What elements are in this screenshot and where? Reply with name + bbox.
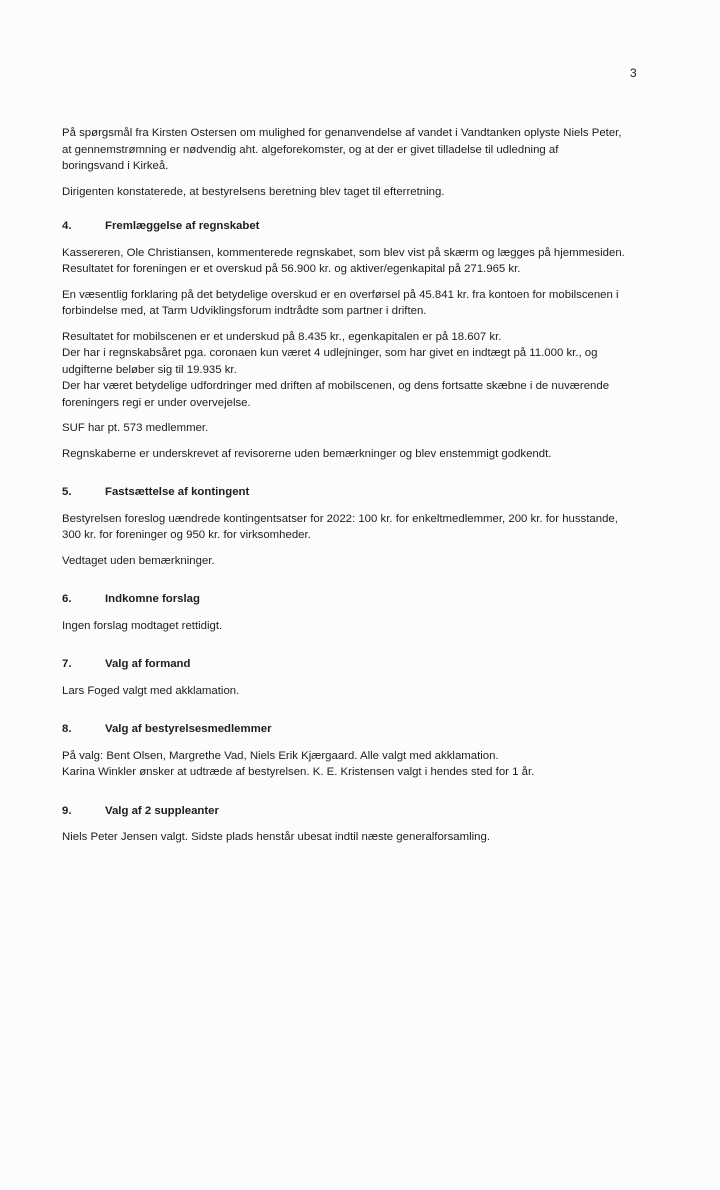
text-line: Der har i regnskabsåret pga. coronaen ku…	[62, 345, 662, 362]
section-paragraph: Vedtaget uden bemærkninger.	[62, 553, 662, 570]
text-line: Karina Winkler ønsker at udtræde af best…	[62, 764, 662, 781]
section-heading: 5.Fastsættelse af kontingent	[62, 484, 662, 501]
text-line: En væsentlig forklaring på det betydelig…	[62, 287, 662, 304]
text-line: På valg: Bent Olsen, Margrethe Vad, Niel…	[62, 748, 662, 765]
section-number: 4.	[62, 218, 105, 235]
text-line: SUF har pt. 573 medlemmer.	[62, 420, 662, 437]
section-number: 8.	[62, 721, 105, 738]
text-line: Lars Foged valgt med akklamation.	[62, 683, 662, 700]
text-line: boringsvand i Kirkeå.	[62, 158, 662, 175]
section-paragraph: SUF har pt. 573 medlemmer.	[62, 420, 662, 437]
document-page: 3 På spørgsmål fra Kirsten Ostersen om m…	[0, 0, 720, 1190]
text-line: Ingen forslag modtaget rettidigt.	[62, 618, 662, 635]
text-line: udgifterne beløber sig til 19.935 kr.	[62, 362, 662, 379]
section-paragraph: Regnskaberne er underskrevet af revisore…	[62, 446, 662, 463]
text-line: Niels Peter Jensen valgt. Sidste plads h…	[62, 829, 662, 846]
section-number: 6.	[62, 591, 105, 608]
section-title: Valg af 2 suppleanter	[105, 803, 219, 820]
document-body: På spørgsmål fra Kirsten Ostersen om mul…	[62, 125, 662, 855]
intro-paragraph-1: På spørgsmål fra Kirsten Ostersen om mul…	[62, 125, 662, 175]
text-line: Kassereren, Ole Christiansen, kommentere…	[62, 245, 662, 262]
section-number: 9.	[62, 803, 105, 820]
text-line: at gennemstrømning er nødvendig aht. alg…	[62, 142, 662, 159]
text-line: Regnskaberne er underskrevet af revisore…	[62, 446, 662, 463]
section-heading: 7.Valg af formand	[62, 656, 662, 673]
section-paragraph: Kassereren, Ole Christiansen, kommentere…	[62, 245, 662, 278]
text-line: Der har været betydelige udfordringer me…	[62, 378, 662, 395]
section-paragraph: På valg: Bent Olsen, Margrethe Vad, Niel…	[62, 748, 662, 781]
sections: 4.Fremlæggelse af regnskabetKassereren, …	[62, 218, 662, 846]
section-paragraph: Niels Peter Jensen valgt. Sidste plads h…	[62, 829, 662, 846]
page-number: 3	[630, 66, 637, 80]
section-heading: 6.Indkomne forslag	[62, 591, 662, 608]
section-title: Valg af formand	[105, 656, 190, 673]
section-title: Fastsættelse af kontingent	[105, 484, 249, 501]
section-heading: 8.Valg af bestyrelsesmedlemmer	[62, 721, 662, 738]
section-number: 7.	[62, 656, 105, 673]
text-line: foreningers regi er under overvejelse.	[62, 395, 662, 412]
section-heading: 4.Fremlæggelse af regnskabet	[62, 218, 662, 235]
intro-paragraph-2: Dirigenten konstaterede, at bestyrelsens…	[62, 184, 662, 201]
section-heading: 9.Valg af 2 suppleanter	[62, 803, 662, 820]
section-title: Indkomne forslag	[105, 591, 200, 608]
section-number: 5.	[62, 484, 105, 501]
section-paragraph: Lars Foged valgt med akklamation.	[62, 683, 662, 700]
text-line: 300 kr. for foreninger og 950 kr. for vi…	[62, 527, 662, 544]
section-paragraph: Bestyrelsen foreslog uændrede kontingent…	[62, 511, 662, 544]
text-line: forbindelse med, at Tarm Udviklingsforum…	[62, 303, 662, 320]
text-line: På spørgsmål fra Kirsten Ostersen om mul…	[62, 125, 662, 142]
section-paragraph: Resultatet for mobilscenen er et undersk…	[62, 329, 662, 412]
section-paragraph: En væsentlig forklaring på det betydelig…	[62, 287, 662, 320]
text-line: Resultatet for mobilscenen er et undersk…	[62, 329, 662, 346]
section-paragraph: Ingen forslag modtaget rettidigt.	[62, 618, 662, 635]
section-title: Valg af bestyrelsesmedlemmer	[105, 721, 272, 738]
text-line: Vedtaget uden bemærkninger.	[62, 553, 662, 570]
text-line: Resultatet for foreningen er et overskud…	[62, 261, 662, 278]
section-title: Fremlæggelse af regnskabet	[105, 218, 259, 235]
text-line: Bestyrelsen foreslog uændrede kontingent…	[62, 511, 662, 528]
